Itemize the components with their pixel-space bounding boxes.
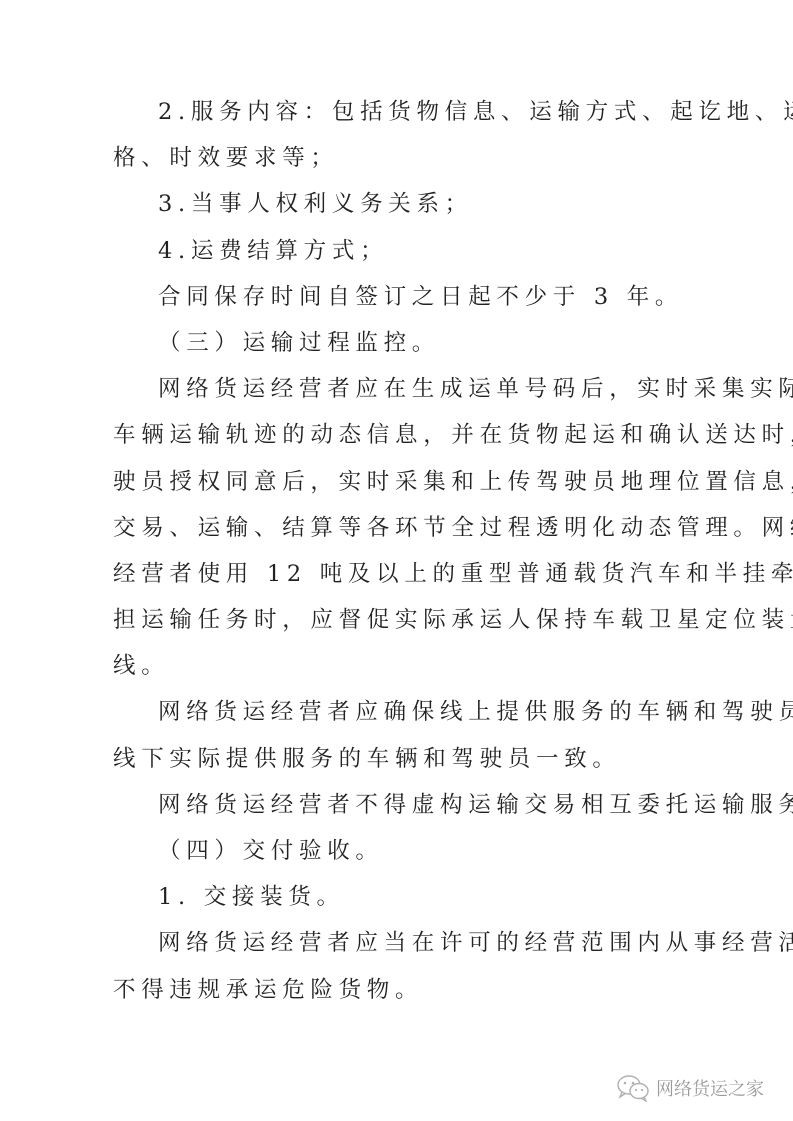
paragraph-line: 网络货运经营者应当在许可的经营范围内从事经营活动， bbox=[113, 920, 689, 966]
paragraph-line: 经营者使用 12 吨及以上的重型普通载货汽车和半挂牵引车承 bbox=[113, 551, 689, 597]
paragraph-line: 1. 交接装货。 bbox=[113, 874, 689, 920]
watermark: 网络货运之家 bbox=[616, 1074, 764, 1102]
paragraph-line: 驶员授权同意后，实时采集和上传驾驶员地理位置信息，实现 bbox=[113, 459, 689, 505]
paragraph-line: 2.服务内容：包括货物信息、运输方式、起讫地、运输价 bbox=[113, 89, 689, 135]
paragraph-line: 4.运费结算方式； bbox=[113, 228, 689, 274]
paragraph-line: 网络货运经营者应在生成运单号码后，实时采集实际承运 bbox=[113, 366, 689, 412]
wechat-icon bbox=[616, 1074, 650, 1102]
paragraph-line: 不得违规承运危险货物。 bbox=[113, 967, 689, 1013]
section-heading: （四）交付验收。 bbox=[113, 828, 689, 874]
paragraph-line: 格、时效要求等； bbox=[113, 135, 689, 181]
paragraph-line: 车辆运输轨迹的动态信息，并在货物起运和确认送达时，经驾 bbox=[113, 412, 689, 458]
paragraph-line: 网络货运经营者不得虚构运输交易相互委托运输服务。 bbox=[113, 782, 689, 828]
paragraph-line: 线。 bbox=[113, 643, 689, 689]
paragraph-line: 3.当事人权利义务关系； bbox=[113, 181, 689, 227]
document-body: 2.服务内容：包括货物信息、运输方式、起讫地、运输价 格、时效要求等； 3.当事… bbox=[113, 89, 689, 1013]
paragraph-line: 担运输任务时，应督促实际承运人保持车载卫星定位装置在 bbox=[113, 597, 689, 643]
paragraph-line: 线下实际提供服务的车辆和驾驶员一致。 bbox=[113, 736, 689, 782]
section-heading: （三）运输过程监控。 bbox=[113, 320, 689, 366]
watermark-text: 网络货运之家 bbox=[656, 1075, 764, 1101]
paragraph-line: 合同保存时间自签订之日起不少于 3 年。 bbox=[113, 274, 689, 320]
paragraph-line: 交易、运输、结算等各环节全过程透明化动态管理。网络货运 bbox=[113, 505, 689, 551]
paragraph-line: 网络货运经营者应确保线上提供服务的车辆和驾驶员与 bbox=[113, 689, 689, 735]
